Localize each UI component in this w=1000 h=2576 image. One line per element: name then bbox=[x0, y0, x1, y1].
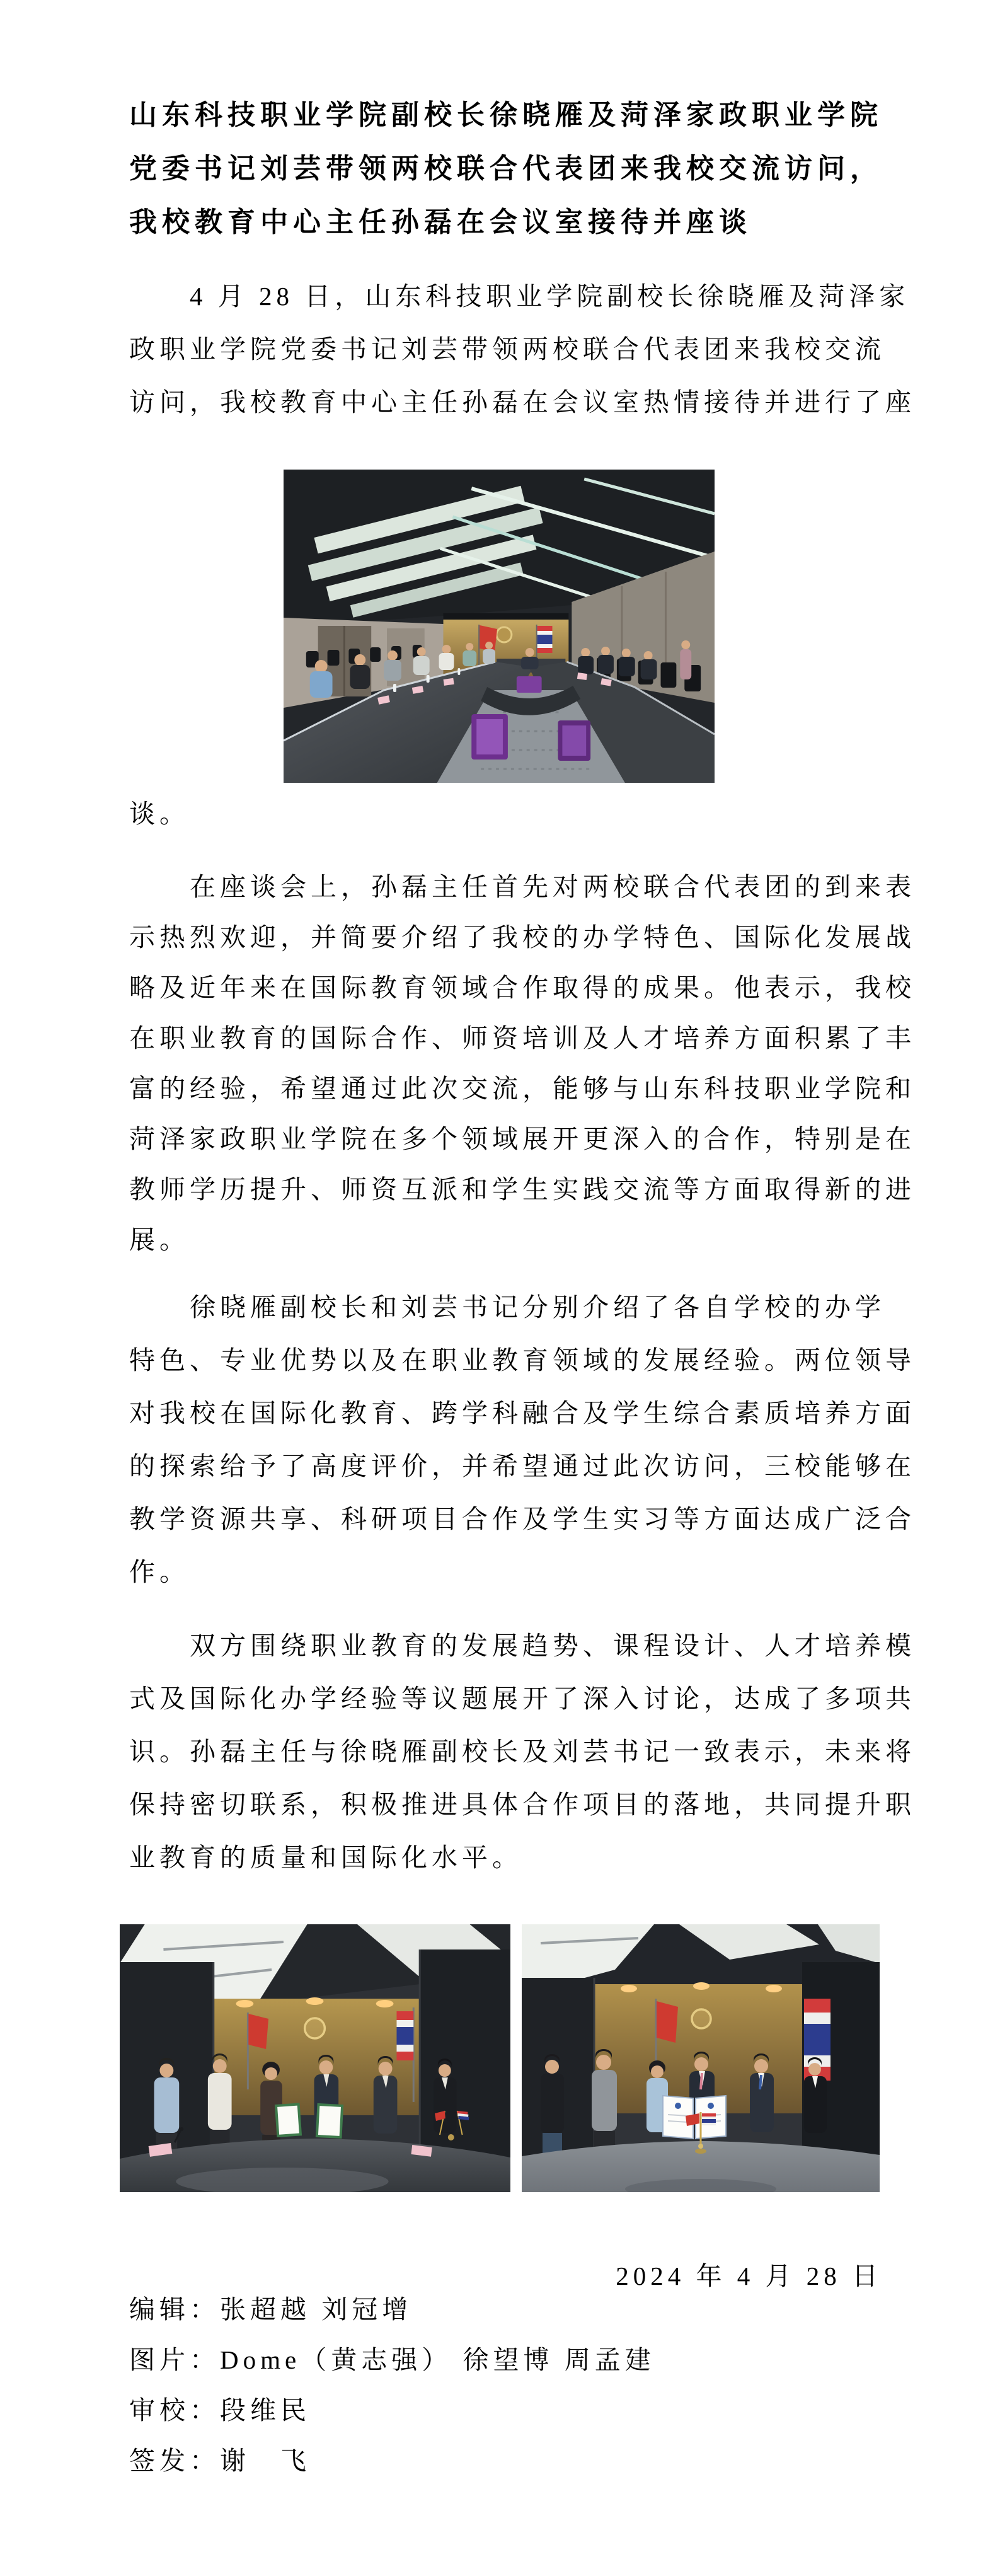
paragraph-1: 4 月 28 日，山东科技职业学院副校长徐晓雁及菏泽家 政职业学院党委书记刘芸带… bbox=[129, 270, 916, 429]
paragraph-3: 徐晓雁副校长和刘芸书记分别介绍了各自学校的办学 特色、专业优势以及在职业教育领域… bbox=[129, 1281, 916, 1598]
body-line: 示热烈欢迎，并简要介绍了我校的办学特色、国际化发展战 bbox=[129, 912, 916, 962]
photo-conference-meeting bbox=[284, 470, 715, 783]
body-line: 业教育的质量和国际化水平。 bbox=[129, 1831, 916, 1884]
body-line: 教学资源共享、科研项目合作及学生实习等方面达成广泛合 bbox=[129, 1493, 916, 1545]
paragraph-2: 在座谈会上，孙磊主任首先对两校联合代表团的到来表 示热烈欢迎，并简要介绍了我校的… bbox=[129, 862, 916, 1265]
document-page: 山东科技职业学院副校长徐晓雁及菏泽家政职业学院 党委书记刘芸带领两校联合代表团来… bbox=[0, 0, 1000, 2576]
photo-signing-group-left bbox=[120, 1924, 510, 2192]
title-line: 党委书记刘芸带领两校联合代表团来我校交流访问， bbox=[129, 142, 883, 195]
publish-date: 2024 年 4 月 28 日 bbox=[616, 2250, 882, 2302]
credit-line-photos: 图片：Dome（黄志强） 徐望博 周孟建 bbox=[129, 2335, 655, 2385]
body-line: 政职业学院党委书记刘芸带领两校联合代表团来我校交流 bbox=[129, 323, 916, 376]
body-line: 徐晓雁副校长和刘芸书记分别介绍了各自学校的办学 bbox=[129, 1281, 916, 1334]
body-line: 式及国际化办学经验等议题展开了深入讨论，达成了多项共 bbox=[129, 1672, 916, 1725]
conference-room-illustration bbox=[284, 470, 715, 783]
body-line: 展。 bbox=[129, 1215, 916, 1265]
paragraph-1-continuation: 谈。 bbox=[129, 787, 190, 840]
body-line: 菏泽家政职业学院在多个领域展开更深入的合作，特别是在 bbox=[129, 1114, 916, 1164]
body-line: 保持密切联系，积极推进具体合作项目的落地，共同提升职 bbox=[129, 1778, 916, 1831]
signing-right-illustration bbox=[522, 1924, 880, 2192]
body-line: 识。孙磊主任与徐晓雁副校长及刘芸书记一致表示，未来将 bbox=[129, 1725, 916, 1778]
credit-line-review: 审校：段维民 bbox=[129, 2385, 655, 2435]
body-line: 对我校在国际化教育、跨学科融合及学生综合素质培养方面 bbox=[129, 1387, 916, 1440]
body-line: 4 月 28 日，山东科技职业学院副校长徐晓雁及菏泽家 bbox=[129, 270, 916, 323]
body-line: 双方围绕职业教育的发展趋势、课程设计、人才培养模 bbox=[129, 1619, 916, 1672]
body-line: 在座谈会上，孙磊主任首先对两校联合代表团的到来表 bbox=[129, 862, 916, 912]
body-line: 作。 bbox=[129, 1545, 916, 1598]
article-title: 山东科技职业学院副校长徐晓雁及菏泽家政职业学院 党委书记刘芸带领两校联合代表团来… bbox=[129, 88, 883, 249]
body-line: 略及近年来在国际教育领域合作取得的成果。他表示，我校 bbox=[129, 962, 916, 1013]
paragraph-4: 双方围绕职业教育的发展趋势、课程设计、人才培养模 式及国际化办学经验等议题展开了… bbox=[129, 1619, 916, 1884]
body-line: 教师学历提升、师资互派和学生实践交流等方面取得新的进 bbox=[129, 1164, 916, 1215]
body-line: 富的经验，希望通过此次交流，能够与山东科技职业学院和 bbox=[129, 1063, 916, 1114]
title-line: 我校教育中心主任孙磊在会议室接待并座谈 bbox=[129, 195, 883, 249]
body-line: 访问，我校教育中心主任孙磊在会议室热情接待并进行了座 bbox=[129, 376, 916, 429]
body-line: 在职业教育的国际合作、师资培训及人才培养方面积累了丰 bbox=[129, 1013, 916, 1063]
credit-line-editor: 编辑：张超越 刘冠增 bbox=[129, 2284, 655, 2335]
photo-signing-group-right bbox=[522, 1924, 880, 2192]
title-line: 山东科技职业学院副校长徐晓雁及菏泽家政职业学院 bbox=[129, 88, 883, 142]
credit-line-issuer: 签发：谢 飞 bbox=[129, 2435, 655, 2486]
body-line: 的探索给予了高度评价，并希望通过此次访问，三校能够在 bbox=[129, 1440, 916, 1493]
credits: 编辑：张超越 刘冠增 图片：Dome（黄志强） 徐望博 周孟建 审校：段维民 签… bbox=[129, 2284, 655, 2486]
body-line: 特色、专业优势以及在职业教育领域的发展经验。两位领导 bbox=[129, 1334, 916, 1387]
body-line: 谈。 bbox=[129, 787, 190, 840]
signing-left-illustration bbox=[120, 1924, 510, 2192]
